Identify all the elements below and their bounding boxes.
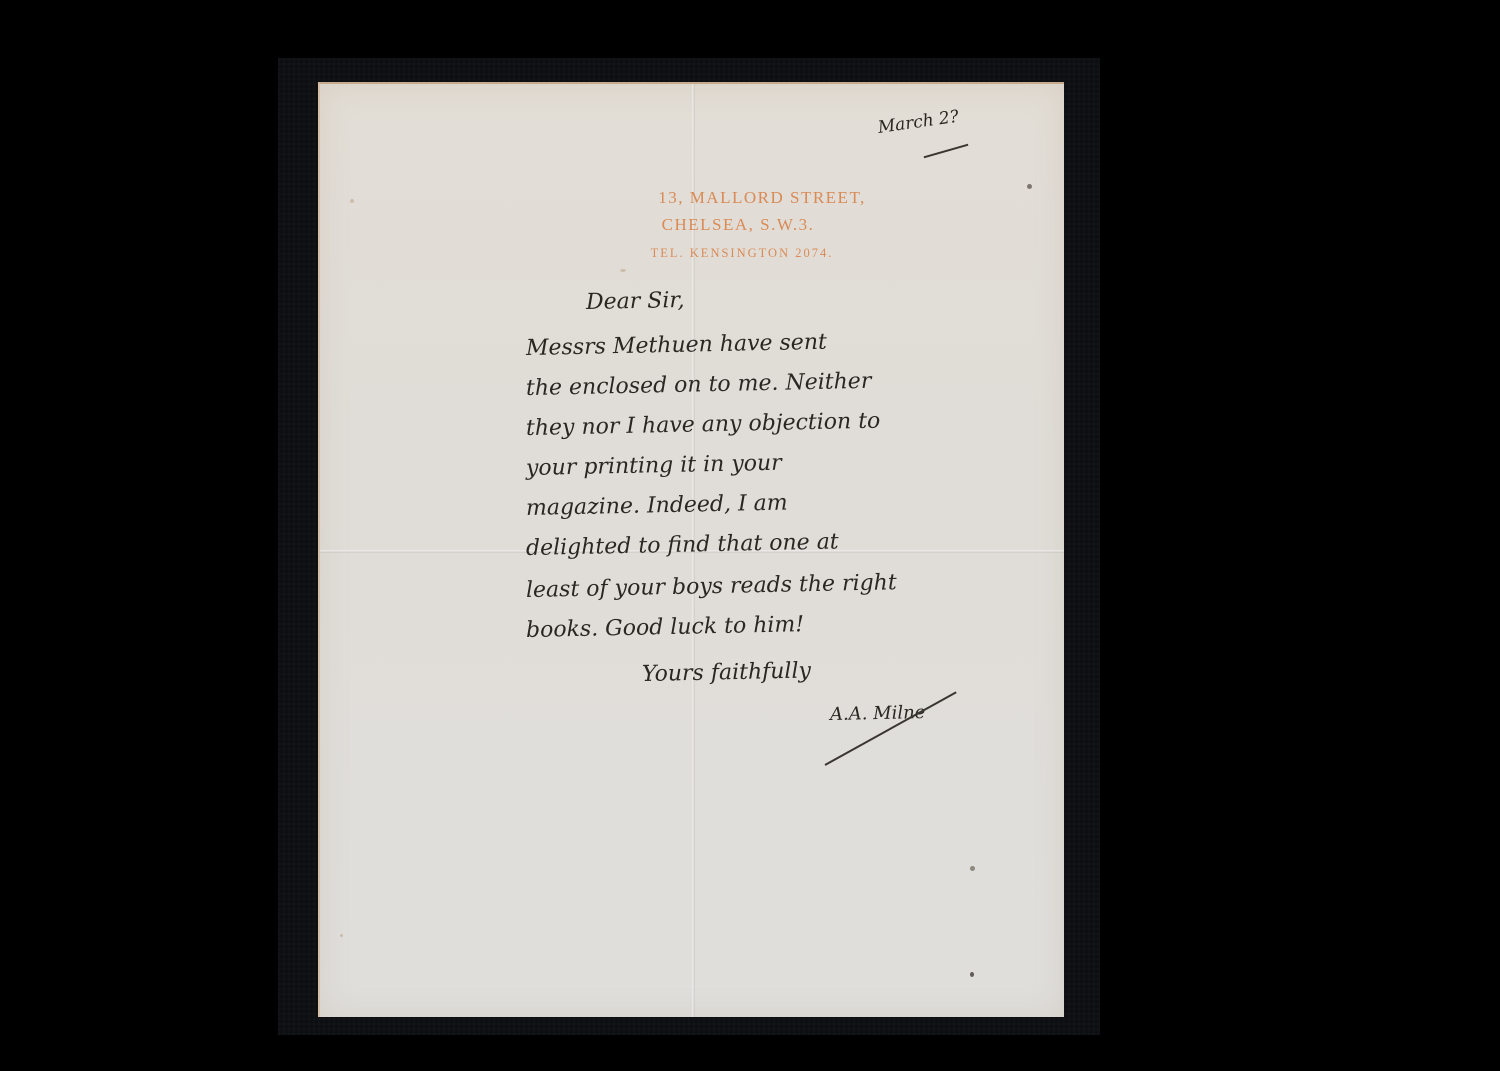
foxing-spot bbox=[620, 269, 626, 272]
letter-sheet: 13, Mallord Street, Chelsea, S.W.3. Tel.… bbox=[318, 82, 1064, 1017]
body-line: Messrs Methuen have sent bbox=[526, 330, 827, 361]
pin-hole bbox=[970, 972, 974, 977]
signature: A.A. Milne bbox=[830, 702, 926, 725]
body-line: they nor I have any objection to bbox=[526, 409, 881, 441]
body-line: magazine. Indeed, I am bbox=[526, 491, 788, 521]
foxing-spot bbox=[340, 934, 343, 937]
body-line: books. Good luck to him! bbox=[526, 612, 805, 643]
body-line: your printing it in your bbox=[526, 451, 782, 481]
body-line: the enclosed on to me. Neither bbox=[526, 369, 872, 401]
date-underline bbox=[924, 144, 969, 159]
pin-hole bbox=[970, 866, 975, 871]
letterhead-telephone-line: Tel. Kensington 2074. bbox=[320, 246, 1114, 261]
salutation: Dear Sir, bbox=[586, 288, 685, 315]
letterhead-district-line: Chelsea, S.W.3. bbox=[320, 215, 1110, 235]
letter-date: March 2? bbox=[877, 107, 960, 138]
body-line: delighted to find that one at bbox=[526, 529, 839, 561]
letterhead-address-line: 13, Mallord Street, bbox=[320, 188, 1134, 208]
closing: Yours faithfully bbox=[642, 658, 811, 687]
body-line: least of your boys reads the right bbox=[526, 570, 897, 603]
